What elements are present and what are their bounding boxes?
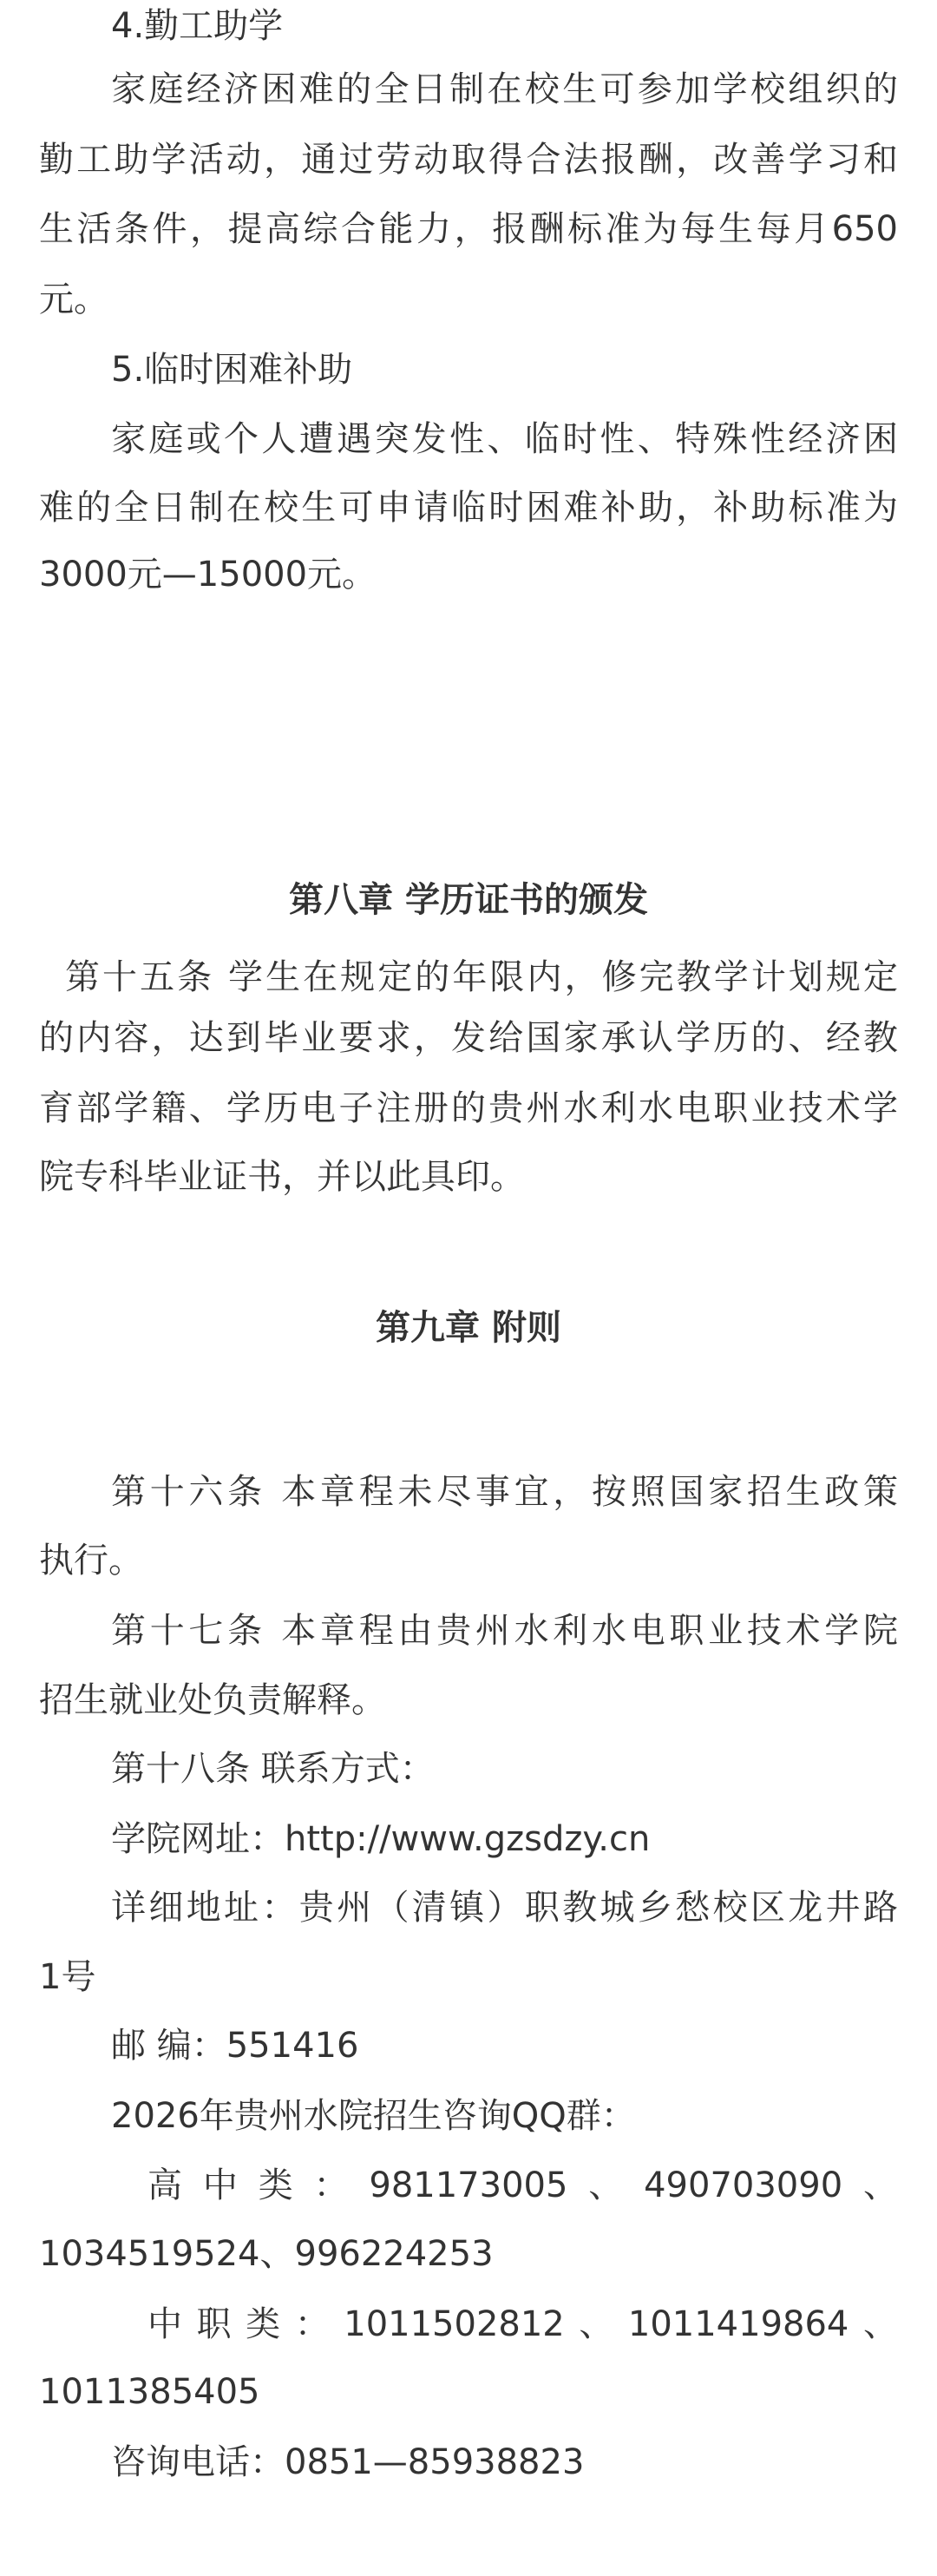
separator: 、 <box>863 2159 898 2211</box>
vocational-qq-line-2: 1011385405 <box>39 2366 898 2418</box>
postcode-row: 邮 编：551416 <box>111 2020 898 2072</box>
qq-number: 1011419864 <box>628 2298 849 2350</box>
section-5-title: 5.临时困难补助 <box>111 344 898 396</box>
article-16-line-2: 执行。 <box>39 1534 898 1587</box>
section-4-line-3: 生活条件，提高综合能力，报酬标准为每生每月650 <box>39 203 898 255</box>
postcode-value: 551416 <box>226 2026 359 2066</box>
article-15-line-3: 育部学籍、学历电子注册的贵州水利水电职业技术学 <box>39 1082 898 1134</box>
address-line-2: 1号 <box>39 1951 898 2003</box>
high-school-qq-line-2: 1034519524、996224253 <box>39 2228 898 2280</box>
vocational-label-colon: ： <box>295 2298 330 2350</box>
postcode-label: 邮 编： <box>111 2026 226 2066</box>
article-18-title: 第十八条 联系方式： <box>111 1743 898 1795</box>
separator: 、 <box>579 2298 613 2350</box>
article-16-line-1: 第十六条 本章程未尽事宜，按照国家招生政策 <box>111 1466 898 1518</box>
website-label: 学院网址： <box>111 1819 285 1859</box>
section-4-title: 4.勤工助学 <box>111 0 898 52</box>
high-school-label-colon: ： <box>314 2159 349 2211</box>
vocational-label-char: 职 <box>197 2298 232 2350</box>
phone-number[interactable]: 0851—85938823 <box>285 2442 584 2482</box>
high-school-qq-row: 高 中 类 ： 981173005 、 490703090 、 <box>147 2159 898 2211</box>
vocational-label-char: 类 <box>246 2298 280 2350</box>
section-4-line-4: 元。 <box>39 273 898 325</box>
chapter-8-heading: 第八章 学历证书的颁发 <box>0 874 937 926</box>
high-school-label-char: 高 <box>147 2159 182 2211</box>
article-17-line-2: 招生就业处负责解释。 <box>39 1674 898 1726</box>
section-5-line-2: 难的全日制在校生可申请临时困难补助，补助标准为 <box>39 482 898 534</box>
article-15-line-2: 的内容，达到毕业要求，发给国家承认学历的、经教 <box>39 1012 898 1064</box>
high-school-label-char: 中 <box>203 2159 238 2211</box>
article-17-line-1: 第十七条 本章程由贵州水利水电职业技术学院 <box>111 1605 898 1657</box>
vocational-label-char: 中 <box>147 2298 182 2350</box>
article-15-line-1: 第十五条 学生在规定的年限内，修完教学计划规定 <box>65 951 898 1003</box>
qq-number: 1011502812 <box>344 2298 565 2350</box>
article-15-line-4: 院专科毕业证书，并以此具印。 <box>39 1151 898 1203</box>
qq-group-title: 2026年贵州水院招生咨询QQ群： <box>111 2090 898 2142</box>
website-row: 学院网址：http://www.gzsdzy.cn <box>111 1813 898 1865</box>
phone-label: 咨询电话： <box>111 2442 285 2482</box>
section-4-line-2: 勤工助学活动，通过劳动取得合法报酬，改善学习和 <box>39 134 898 186</box>
chapter-9-heading: 第九章 附则 <box>0 1302 937 1354</box>
phone-row: 咨询电话：0851—85938823 <box>111 2436 898 2488</box>
qq-number: 490703090 <box>644 2159 842 2211</box>
qq-number: 981173005 <box>369 2159 567 2211</box>
section-5-line-3: 3000元—15000元。 <box>39 549 898 601</box>
address-line-1: 详细地址：贵州（清镇）职教城乡愁校区龙井路 <box>111 1882 898 1934</box>
section-5-line-1: 家庭或个人遭遇突发性、临时性、特殊性经济困 <box>111 413 898 465</box>
vocational-qq-row: 中 职 类 ： 1011502812 、 1011419864 、 <box>147 2298 898 2350</box>
section-4-line-1: 家庭经济困难的全日制在校生可参加学校组织的 <box>111 63 898 115</box>
high-school-label-char: 类 <box>259 2159 293 2211</box>
separator: 、 <box>588 2159 623 2211</box>
website-link[interactable]: http://www.gzsdzy.cn <box>285 1819 650 1859</box>
separator: 、 <box>863 2298 898 2350</box>
